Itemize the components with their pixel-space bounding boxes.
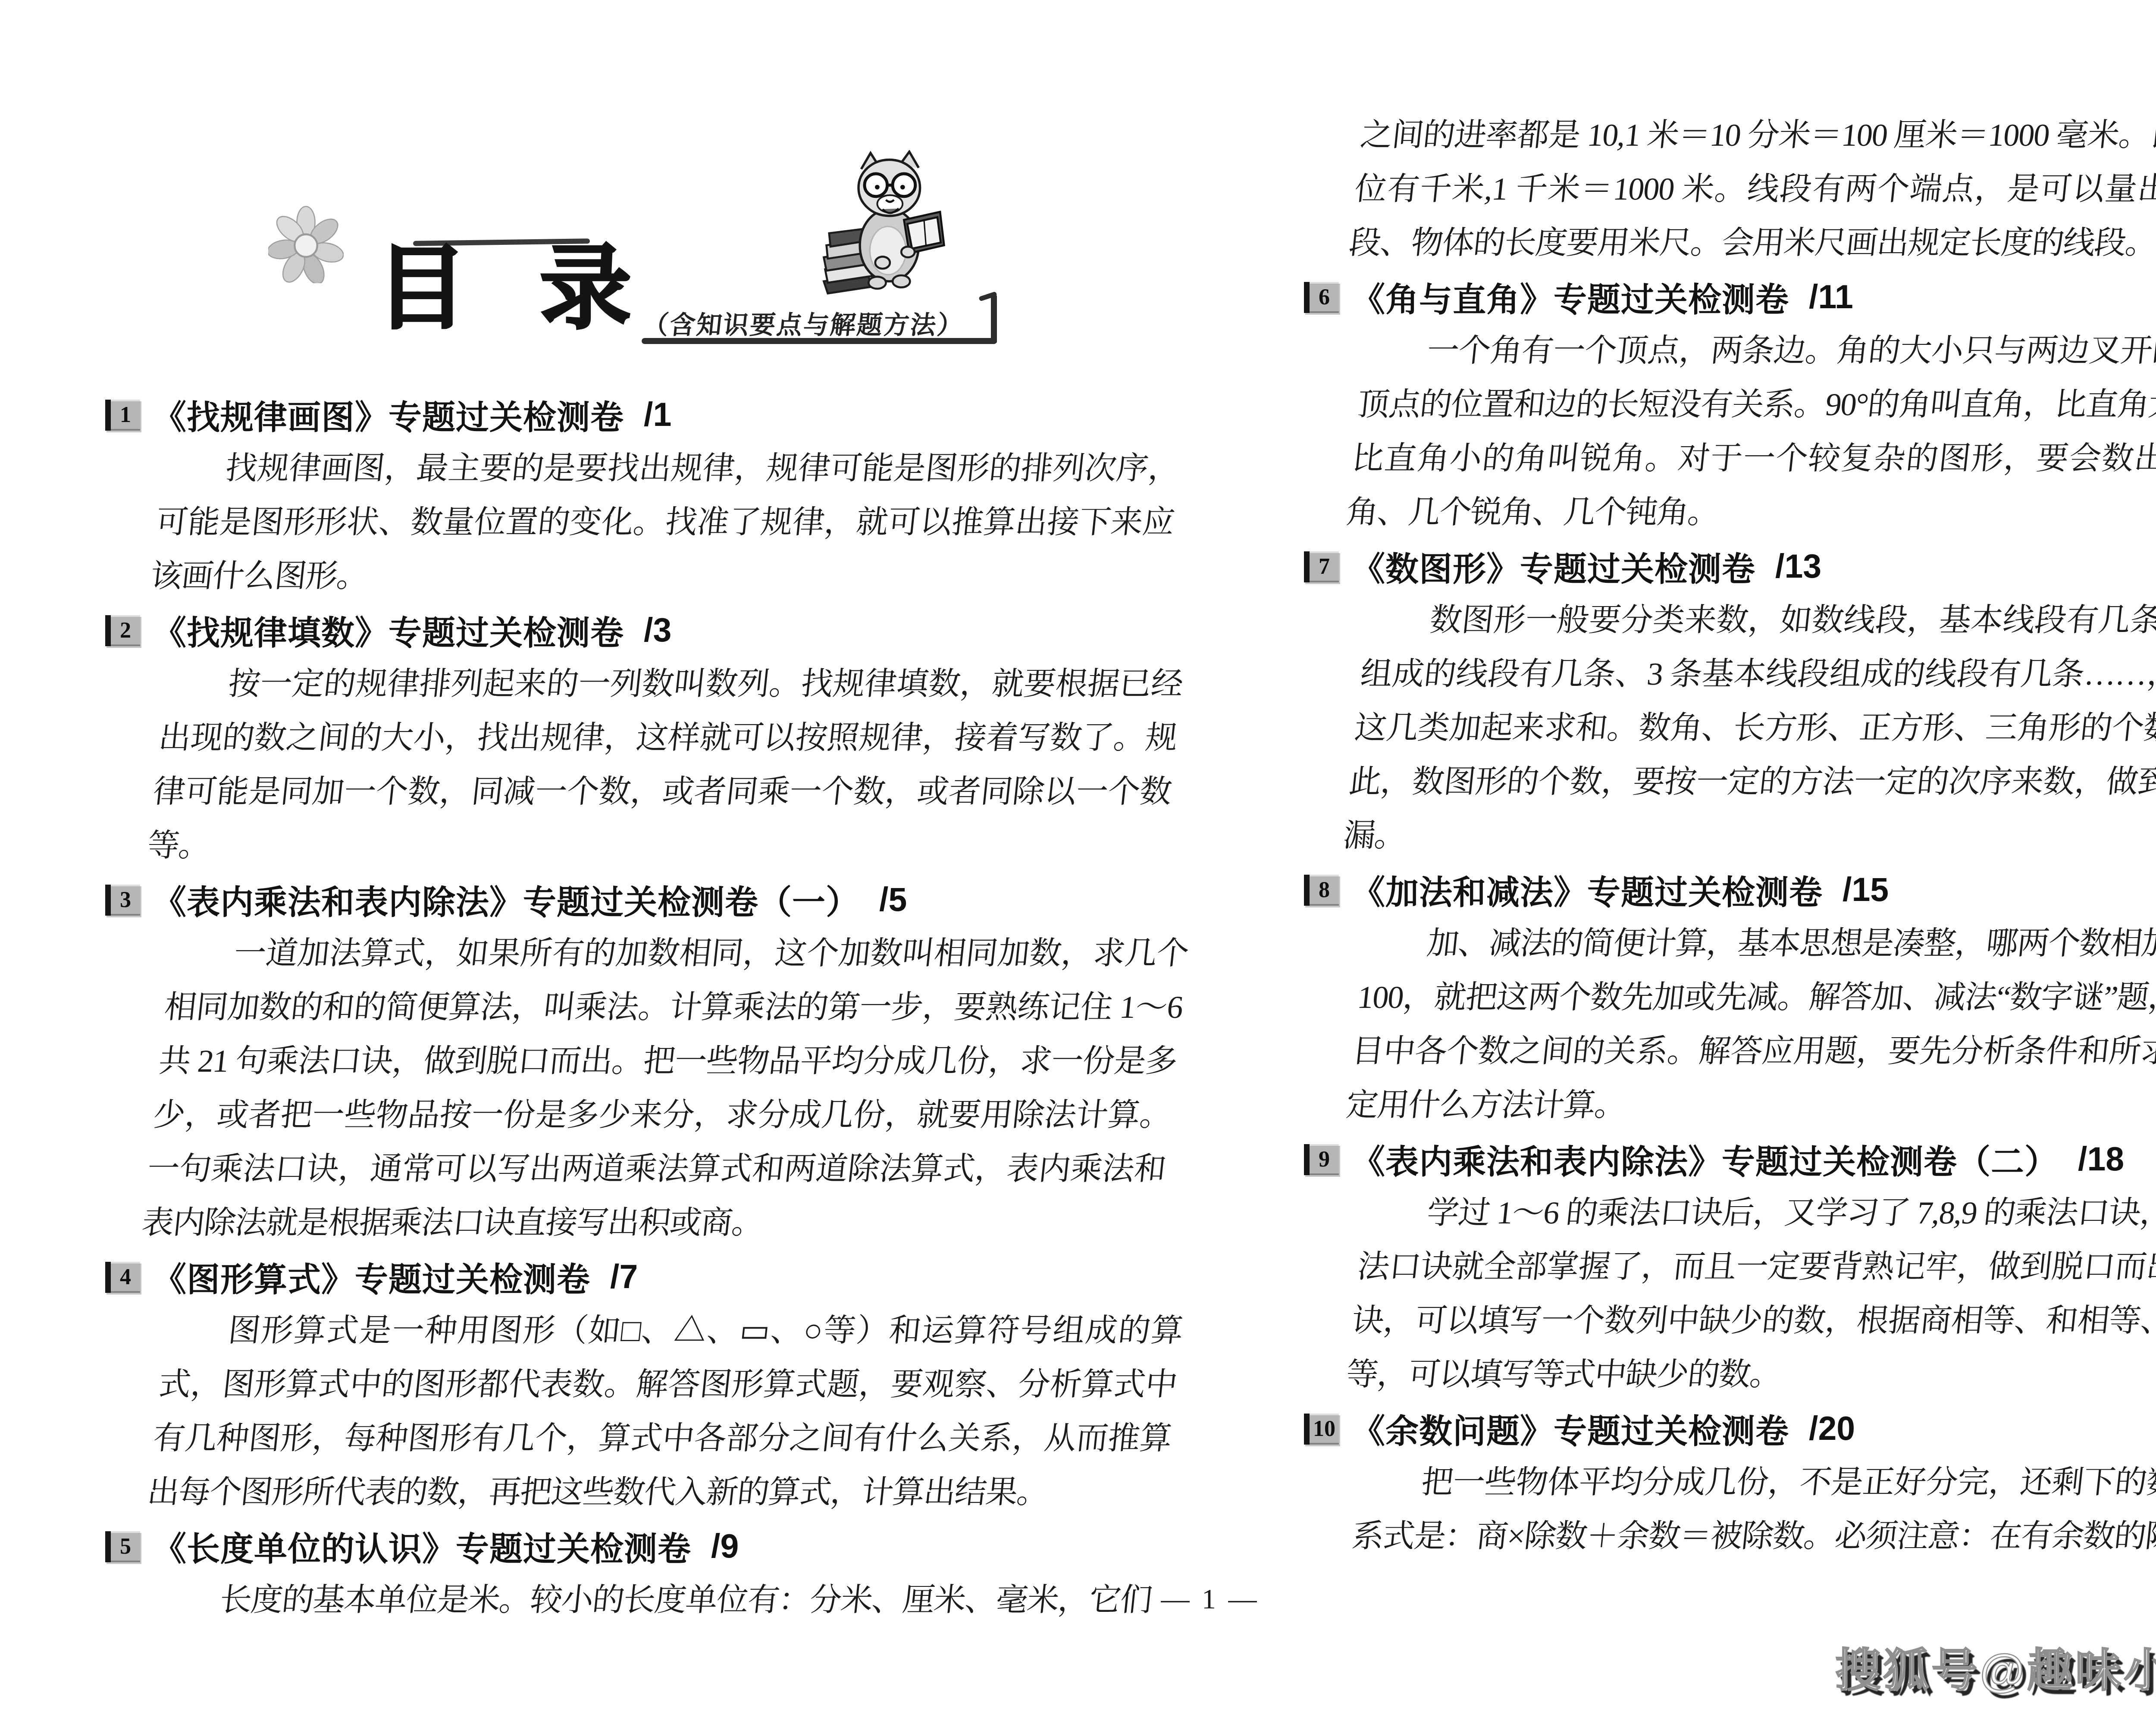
toc-item-row: 7《数图形》专题过关检测卷/13 xyxy=(1304,540,2156,594)
toc-item-row: 8《加法和减法》专题过关检测卷/15 xyxy=(1304,863,2156,917)
toc-paragraph: 一个角有一个顶点，两条边。角的大小只与两边叉开的大小有关，与顶点的位置和边的长短… xyxy=(1344,324,2156,540)
item-page-number: /13 xyxy=(1775,547,1821,586)
item-page-number: /1 xyxy=(644,396,671,434)
toc-title: 目 录 xyxy=(376,244,631,335)
item-title: 《角与直角》专题过关检测卷 xyxy=(1352,273,1789,321)
item-title: 《表内乘法和表内除法》专题过关检测卷（一） xyxy=(153,876,859,924)
toc-paragraph: 图形算式是一种用图形（如□、△、▭、○等）和运算符号组成的算式，图形算式中的图形… xyxy=(145,1304,1185,1520)
subtitle-underline-hook xyxy=(991,295,997,343)
watermark-text: 搜狐号@趣味小学百宝库 xyxy=(1835,1634,2156,1699)
item-number-badge: 2 xyxy=(105,615,140,646)
subtitle-underline-divider xyxy=(642,338,997,344)
item-title: 《表内乘法和表内除法》专题过关检测卷（二） xyxy=(1352,1135,2058,1183)
toc-paragraph: 学过 1～6 的乘法口诀后，又学习了 7,8,9 的乘法口诀，这样 1～9 的乘… xyxy=(1344,1186,2156,1402)
toc-paragraph: 一道加法算式，如果所有的加数相同，这个加数叫相同加数，求几个相同加数的和的简便算… xyxy=(139,927,1191,1250)
item-page-number: /11 xyxy=(1809,278,1853,316)
item-page-number: /20 xyxy=(1809,1410,1855,1448)
page-number: — 1 — xyxy=(0,1583,2156,1616)
item-number-badge: 9 xyxy=(1304,1144,1339,1175)
item-title: 《加法和减法》专题过关检测卷 xyxy=(1352,866,1823,914)
toc-item-row: 1《找规律画图》专题过关检测卷/1 xyxy=(105,388,1174,442)
toc-title-char-mu: 目 xyxy=(376,244,467,335)
item-number-badge: 6 xyxy=(1304,282,1339,313)
toc-paragraph: 之间的进率都是 10,1 米＝10 分米＝100 厘米＝1000 毫米。比米大的… xyxy=(1346,109,2156,270)
item-title: 《图形算式》专题过关检测卷 xyxy=(153,1253,590,1301)
item-page-number: /15 xyxy=(1843,871,1889,909)
item-number-badge: 1 xyxy=(105,400,140,431)
toc-paragraph: 找规律画图，最主要的是要找出规律，规律可能是图形的排列次序，可能是图形形状、数量… xyxy=(147,442,1182,604)
toc-title-char-lu: 录 xyxy=(540,244,631,335)
toc-item-row: 5《长度单位的认识》专题过关检测卷/9 xyxy=(105,1520,1174,1573)
item-number-badge: 8 xyxy=(1304,875,1339,906)
item-number-badge: 10 xyxy=(1304,1414,1339,1445)
toc-item-row: 4《图形算式》专题过关检测卷/7 xyxy=(105,1250,1174,1304)
toc-paragraph: 把一些物体平均分成几份，不是正好分完，还剩下的数，叫余数。关系式是：商×除数＋余… xyxy=(1349,1456,2156,1564)
item-page-number: /9 xyxy=(711,1527,739,1566)
item-number-badge: 5 xyxy=(105,1531,140,1562)
item-page-number: /5 xyxy=(879,881,907,919)
item-page-number: /18 xyxy=(2078,1140,2124,1179)
item-title: 《长度单位的认识》专题过关检测卷 xyxy=(153,1523,691,1570)
item-number-badge: 3 xyxy=(105,885,140,916)
toc-paragraph: 数图形一般要分类来数，如数线段，基本线段有几条、2 条基本线段组成的线段有几条、… xyxy=(1341,594,2156,863)
item-title: 《余数问题》专题过关检测卷 xyxy=(1352,1405,1789,1453)
owl-mascot-illustration xyxy=(818,150,952,302)
item-page-number: /7 xyxy=(610,1258,638,1296)
title-block: 目 录 （含知识要点与解题方法） xyxy=(0,0,1121,410)
item-title: 《找规律填数》专题过关检测卷 xyxy=(153,607,624,654)
toc-paragraph: 加、减法的简便计算，基本思想是凑整，哪两个数相加或相减得 10 或 100，就把… xyxy=(1344,917,2156,1132)
toc-left-column: 1《找规律画图》专题过关检测卷/1找规律画图，最主要的是要找出规律，规律可能是图… xyxy=(156,388,1174,1627)
toc-subtitle: （含知识要点与解题方法） xyxy=(642,304,966,341)
item-page-number: /3 xyxy=(644,611,671,650)
item-title: 《找规律画图》专题过关检测卷 xyxy=(153,391,624,439)
toc-right-column: 之间的进率都是 10,1 米＝10 分米＝100 厘米＝1000 毫米。比米大的… xyxy=(1355,109,2156,1564)
toc-item-row: 9《表内乘法和表内除法》专题过关检测卷（二）/18 xyxy=(1304,1132,2156,1186)
toc-item-row: 6《角与直角》专题过关检测卷/11 xyxy=(1304,270,2156,324)
item-number-badge: 7 xyxy=(1304,551,1339,582)
toc-item-row: 10《余数问题》专题过关检测卷/20 xyxy=(1304,1402,2156,1456)
scanned-toc-page: { "header": { "title_left": "目", "title_… xyxy=(0,0,2156,1711)
toc-item-row: 3《表内乘法和表内除法》专题过关检测卷（一）/5 xyxy=(105,873,1174,927)
item-title: 《数图形》专题过关检测卷 xyxy=(1352,543,1755,591)
toc-paragraph: 按一定的规律排列起来的一列数叫数列。找规律填数，就要根据已经出现的数之间的大小，… xyxy=(145,657,1185,873)
flower-icon xyxy=(268,203,344,283)
item-number-badge: 4 xyxy=(105,1262,140,1293)
toc-item-row: 2《找规律填数》专题过关检测卷/3 xyxy=(105,604,1174,657)
